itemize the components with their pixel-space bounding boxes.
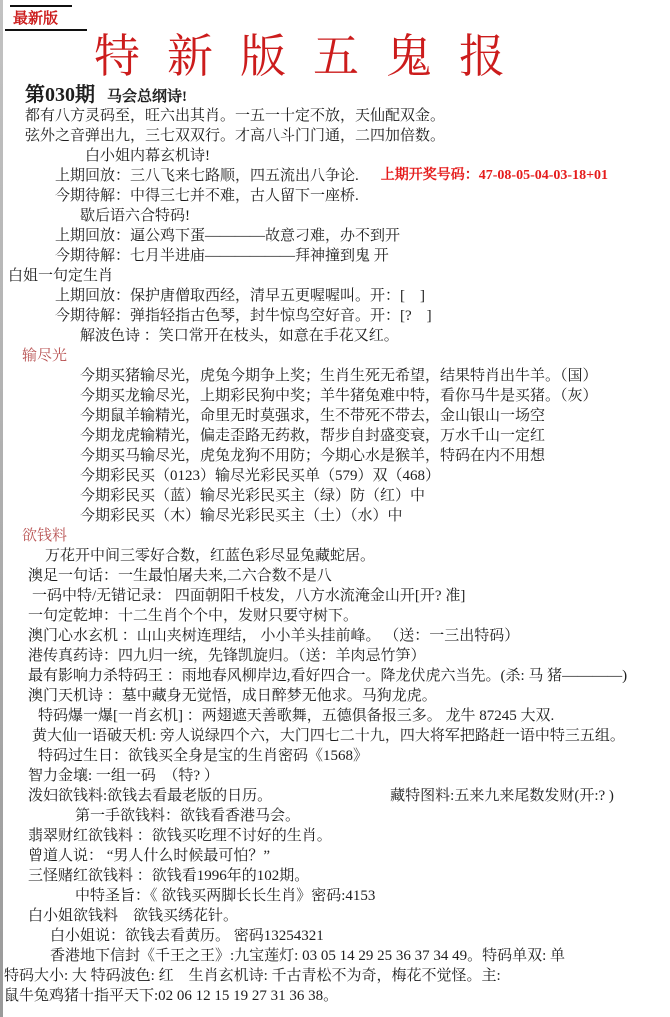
text-line-33: 特码过生日：欲钱买全身是宝的生肖密码《1568》 [38,746,670,766]
text-line-45: 鼠牛兔鸡猪十指平天下:02 06 12 15 19 27 31 36 38。 [4,986,670,1006]
text-line-9: 白姐一句定生肖 [8,266,670,286]
line-text: 特码大小: 大 特码波色: 红 生肖玄机诗: 千古青松不为奇，梅花不觉怪。主: [4,966,501,986]
text-line-21: 今期彩民买（木）输尽光彩民买主（土）（水）中 [80,506,670,526]
edition-badge: 最新版 [13,7,58,28]
text-line-14: 今期买猪输尽光，虎兔今期争上奖；生肖生死无希望，结果特肖出牛羊。（国） [80,366,670,386]
text-line-30: 澳门天机诗 ：墓中藏身无觉悟，成日醉梦无他求。马狗龙虎。 [28,686,670,706]
text-line-6: 歇后语六合特码! [80,206,670,226]
page-header: 最新版 特新版五鬼报 [0,0,670,84]
text-line-8: 今期待解：七月半进庙——————拜神撞到鬼 开 [55,246,670,266]
text-line-36: 第一手欲钱料：欲钱看香港马会。 [75,806,670,826]
text-line-44: 特码大小: 大 特码波色: 红 生肖玄机诗: 千古青松不为奇，梅花不觉怪。主: [4,966,670,986]
line-text: 最有影响力杀特码王 ：雨地春风柳岸边,看好四合一。降龙伏虎六当先。(杀: 马 猪… [28,666,627,686]
line-text: 今期彩民买（蓝）输尽光彩民买主（绿）防（红）中 [80,486,425,506]
line-text: 黄大仙一语破天机: 旁人说绿四个六，大门四七二十九，四大将军把路赶一语中特三五组… [32,726,625,746]
line-text: 今期鼠羊输精光，命里无时莫强求，生不带死不带去，金山银山一场空 [80,406,545,426]
line-text: 特码过生日：欲钱买全身是宝的生肖密码《1568》 [38,746,368,766]
text-line-34: 智力金壤: 一组一码 （特? ） [28,766,670,786]
line-text: 上期回放：逼公鸡下蛋————故意刁难，办不到开 [55,226,400,246]
hidden-special-tip: 藏特图料:五来九来尾数发财(开:? ) [390,786,614,806]
page-title: 特新版五鬼报 [94,20,532,86]
line-text: 中特圣旨：《 欲钱买两脚长长生肖》密码:4153 [75,886,375,906]
line-text: 上期回放：三八飞来七路顺，四五流出八争论. [55,166,359,186]
line-text: 港传真药诗：四九归一统，先锋凯旋归。（送：羊肉忌竹笋） [28,646,426,666]
text-line-35: 泼妇欲钱料:欲钱去看最老版的日历。藏特图料:五来九来尾数发财(开:? ) [28,786,670,806]
line-text: 一码中特/无错记录： 四面朝阳千枝发，八方水流淹金山开[开? 准] [32,586,465,606]
line-text: 一句定乾坤：十二生肖个个中，发财只要守树下。 [28,606,358,626]
line-text: 泼妇欲钱料:欲钱去看最老版的日历。 [28,786,272,806]
line-text: 万花开中间三零好合数，红蓝色彩尽显兔藏蛇居。 [45,546,375,566]
issue-number: 第030期 [25,84,95,106]
line-text: 今期待解：弹指轻指古色琴，封牛惊鸟空好音。开：[? ] [55,306,432,326]
text-line-15: 今期买龙输尽光，上期彩民狗中奖；羊牛猪兔难中特，看你马牛是买猪。（灰） [80,386,670,406]
text-line-31: 特码爆一爆[一肖玄机] ：两翅遮天善歌舞，五德俱备报三多。 龙牛 87245 大… [38,706,670,726]
issue-row: 第030期 马会总纲诗! [25,84,670,106]
text-line-26: 一句定乾坤：十二生肖个个中，发财只要守树下。 [28,606,670,626]
line-text: 今期待解：中得三七并不难，古人留下一座桥. [55,186,359,206]
text-line-23: 万花开中间三零好合数，红蓝色彩尽显兔藏蛇居。 [45,546,670,566]
header-rule-bottom [5,29,87,31]
text-line-40: 中特圣旨：《 欲钱买两脚长长生肖》密码:4153 [75,886,670,906]
text-line-43: 香港地下信封《千王之王》:九宝莲灯: 03 05 14 29 25 36 37 … [50,946,670,966]
line-text: 白小姐内幕玄机诗! [85,146,210,166]
text-line-20: 今期彩民买（蓝）输尽光彩民买主（绿）防（红）中 [80,486,670,506]
line-text: 澳门天机诗 ：墓中藏身无觉悟，成日醉梦无他求。马狗龙虎。 [28,686,437,706]
text-line-16: 今期鼠羊输精光，命里无时莫强求，生不带死不带去，金山银山一场空 [80,406,670,426]
text-line-22: 欲钱料 [22,526,670,546]
text-line-13: 输尽光 [22,346,670,366]
text-line-1: 都有八方灵码至，旺六出其肖。一五一十定不放，天仙配双金。 [25,106,670,126]
last-draw-numbers: 上期开奖号码：47-08-05-04-03-18+01 [381,166,608,186]
line-text: 智力金壤: 一组一码 （特? ） [28,766,219,786]
text-line-18: 今期买马输尽光，虎兔龙狗不用防；今期心水是猴羊，特码在内不用想 [80,446,670,466]
line-text: 白小姐欲钱料 欲钱买绣花针。 [28,906,238,926]
line-text: 都有八方灵码至，旺六出其肖。一五一十定不放，天仙配双金。 [25,106,445,126]
line-text: 上期回放：保护唐僧取西经，清早五更喔喔叫。开：[ ] [55,286,425,306]
text-line-3: 白小姐内幕玄机诗! [85,146,670,166]
line-text: 今期彩民买（木）输尽光彩民买主（土）（水）中 [80,506,403,526]
line-text: 澳门心水玄机 ：山山夹树连理结， 小小羊头挂前峰。 （送：一三出特码） [28,626,519,646]
line-text: 澳足一句话：一生最怕屠夫来,二六合数不是八 [28,566,332,586]
line-text: 白姐一句定生肖 [8,266,113,286]
text-line-25: 一码中特/无错记录： 四面朝阳千枝发，八方水流淹金山开[开? 准] [32,586,670,606]
body-text-lines: 都有八方灵码至，旺六出其肖。一五一十定不放，天仙配双金。弦外之音弹出九，三七双双… [0,106,670,1006]
line-text: 今期龙虎输精光，偏走歪路无药救，帮步自封盛变衰，万水千山一定红 [80,426,545,446]
text-line-17: 今期龙虎输精光，偏走歪路无药救，帮步自封盛变衰，万水千山一定红 [80,426,670,446]
line-text: 解波色诗 ：笑口常开在枝头，如意在手花又红。 [80,326,399,346]
line-text: 白小姐说：欲钱去看黄历。 密码13254321 [50,926,324,946]
line-text: 第一手欲钱料：欲钱看香港马会。 [75,806,300,826]
section-heading: 输尽光 [22,346,67,366]
text-line-42: 白小姐说：欲钱去看黄历。 密码13254321 [50,926,670,946]
text-line-4: 上期回放：三八飞来七路顺，四五流出八争论.上期开奖号码：47-08-05-04-… [55,166,670,186]
text-line-37: 翡翠财红欲钱料 ：欲钱买吃理不讨好的生肖。 [28,826,670,846]
text-line-10: 上期回放：保护唐僧取西经，清早五更喔喔叫。开：[ ] [55,286,670,306]
line-text: 曾道人说： “男人什么时候最可怕？” [28,846,270,866]
text-line-29: 最有影响力杀特码王 ：雨地春风柳岸边,看好四合一。降龙伏虎六当先。(杀: 马 猪… [28,666,670,686]
line-text: 鼠牛兔鸡猪十指平天下:02 06 12 15 19 27 31 36 38。 [4,986,338,1006]
line-text: 今期待解：七月半进庙——————拜神撞到鬼 开 [55,246,389,266]
line-text: 弦外之音弹出九，三七双双行。才高八斗门门通，二四加倍数。 [25,126,445,146]
line-text: 香港地下信封《千王之王》:九宝莲灯: 03 05 14 29 25 36 37 … [50,946,565,966]
text-line-32: 黄大仙一语破天机: 旁人说绿四个六，大门四七二十九，四大将军把路赶一语中特三五组… [32,726,670,746]
line-text: 特码爆一爆[一肖玄机] ：两翅遮天善歌舞，五德俱备报三多。 龙牛 87245 大… [38,706,554,726]
text-line-7: 上期回放：逼公鸡下蛋————故意刁难，办不到开 [55,226,670,246]
text-line-2: 弦外之音弹出九，三七双双行。才高八斗门门通，二四加倍数。 [25,126,670,146]
line-text: 今期彩民买（0123）输尽光彩民买单（579）双（468） [80,466,440,486]
line-text: 今期买龙输尽光，上期彩民狗中奖；羊牛猪兔难中特，看你马牛是买猪。（灰） [80,386,598,406]
line-text: 翡翠财红欲钱料 ：欲钱买吃理不讨好的生肖。 [28,826,332,846]
text-line-12: 解波色诗 ：笑口常开在枝头，如意在手花又红。 [80,326,670,346]
text-line-38: 曾道人说： “男人什么时候最可怕？” [28,846,670,866]
line-text: 今期买马输尽光，虎兔龙狗不用防；今期心水是猴羊，特码在内不用想 [80,446,545,466]
text-line-39: 三怪赌红欲钱料 ：欲钱看1996年的102期。 [28,866,670,886]
text-line-28: 港传真药诗：四九归一统，先锋凯旋归。（送：羊肉忌竹笋） [28,646,670,666]
text-line-41: 白小姐欲钱料 欲钱买绣花针。 [28,906,670,926]
text-line-27: 澳门心水玄机 ：山山夹树连理结， 小小羊头挂前峰。 （送：一三出特码） [28,626,670,646]
text-line-11: 今期待解：弹指轻指古色琴，封牛惊鸟空好音。开：[? ] [55,306,670,326]
text-line-24: 澳足一句话：一生最怕屠夫来,二六合数不是八 [28,566,670,586]
text-line-5: 今期待解：中得三七并不难，古人留下一座桥. [55,186,670,206]
issue-subtitle: 马会总纲诗! [107,89,187,105]
text-line-19: 今期彩民买（0123）输尽光彩民买单（579）双（468） [80,466,670,486]
line-text: 三怪赌红欲钱料 ：欲钱看1996年的102期。 [28,866,309,886]
section-heading: 欲钱料 [22,526,67,546]
line-text: 歇后语六合特码! [80,206,190,226]
line-text: 今期买猪输尽光，虎兔今期争上奖；生肖生死无希望，结果特肖出牛羊。（国） [80,366,598,386]
